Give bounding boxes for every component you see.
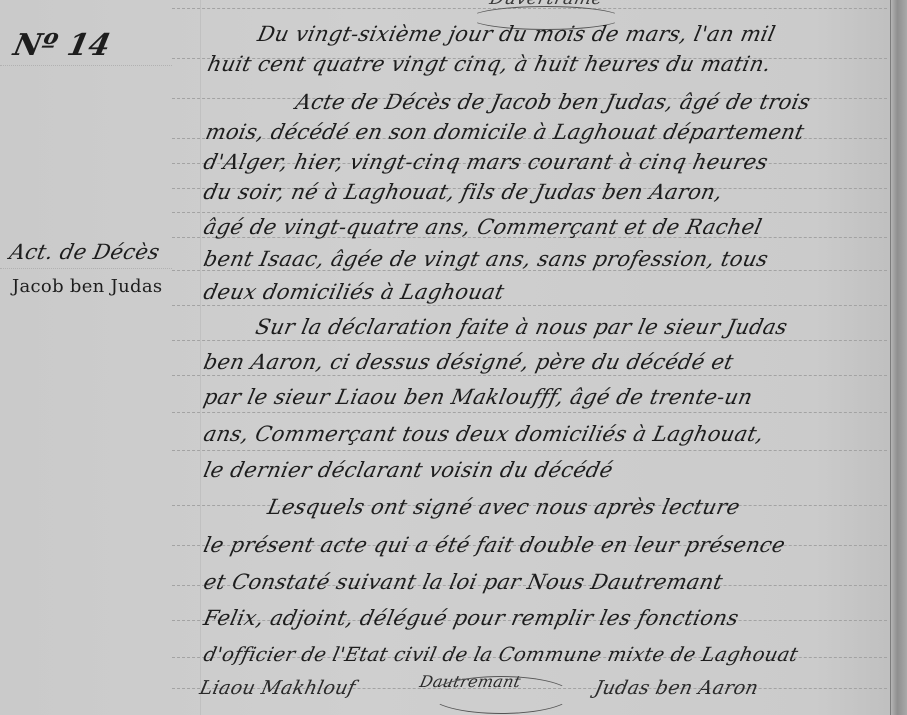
record-text-line: d'officier de l'Etat civil de la Commune… — [202, 643, 801, 666]
record-text-line: le dernier déclarant voisin du décédé — [201, 458, 615, 482]
signature-flourish — [430, 676, 572, 714]
signature-declarant-liaou: Liaou Makhlouf — [198, 677, 358, 699]
page-binding-edge — [890, 0, 907, 715]
record-text-line: le présent acte qui a été fait double en… — [201, 533, 787, 557]
record-number: Nº 14 — [10, 28, 114, 63]
margin-note-title: Act. de Décès — [7, 240, 162, 264]
margin-ruled-line — [0, 268, 172, 269]
ruled-line — [172, 375, 887, 376]
ruled-line — [172, 340, 887, 341]
record-text-line: ans, Commerçant tous deux domiciliés à L… — [201, 422, 766, 446]
margin-ruled-line — [0, 65, 172, 66]
record-text-line: âgé de vingt-quatre ans, Commerçant et d… — [201, 215, 764, 239]
record-text-line: mois, décédé en son domicile à Laghouat … — [203, 120, 806, 144]
record-text-line: du soir, né à Laghouat, fils de Judas be… — [201, 180, 724, 204]
record-text-line: huit cent quatre vingt cinq, à huit heur… — [205, 52, 773, 76]
record-text-line: par le sieur Liaou ben Makloufff, âgé de… — [201, 385, 754, 409]
margin-divider — [200, 0, 201, 715]
record-text-line: Felix, adjoint, délégué pour remplir les… — [201, 606, 741, 630]
record-text-line: Acte de Décès de Jacob ben Judas, âgé de… — [293, 90, 812, 114]
record-text-line: Sur la déclaration faite à nous par le s… — [253, 315, 789, 339]
record-text-line: et Constaté suivant la loi par Nous Daut… — [201, 570, 725, 594]
ruled-line — [172, 412, 887, 413]
register-page: Duvertrame Nº 14 Act. de Décès Jacob ben… — [0, 0, 907, 715]
record-text-line: bent Isaac, âgée de vingt ans, sans prof… — [201, 247, 770, 271]
margin-note-name: Jacob ben Judas — [12, 276, 162, 297]
record-text-line: ben Aaron, ci dessus désigné, père du dé… — [201, 350, 735, 374]
ruled-line — [172, 305, 887, 306]
record-text-line: Du vingt-sixième jour du mois de mars, l… — [255, 22, 777, 46]
record-text-line: d'Alger, hier, vingt-cinq mars courant à… — [201, 150, 770, 174]
record-text-line: deux domiciliés à Laghouat — [201, 280, 506, 304]
signature-declarant-judas: Judas ben Aaron — [593, 677, 761, 699]
ruled-line — [172, 212, 887, 213]
ruled-line — [172, 450, 887, 451]
record-text-line: Lesquels ont signé avec nous après lectu… — [265, 495, 742, 519]
